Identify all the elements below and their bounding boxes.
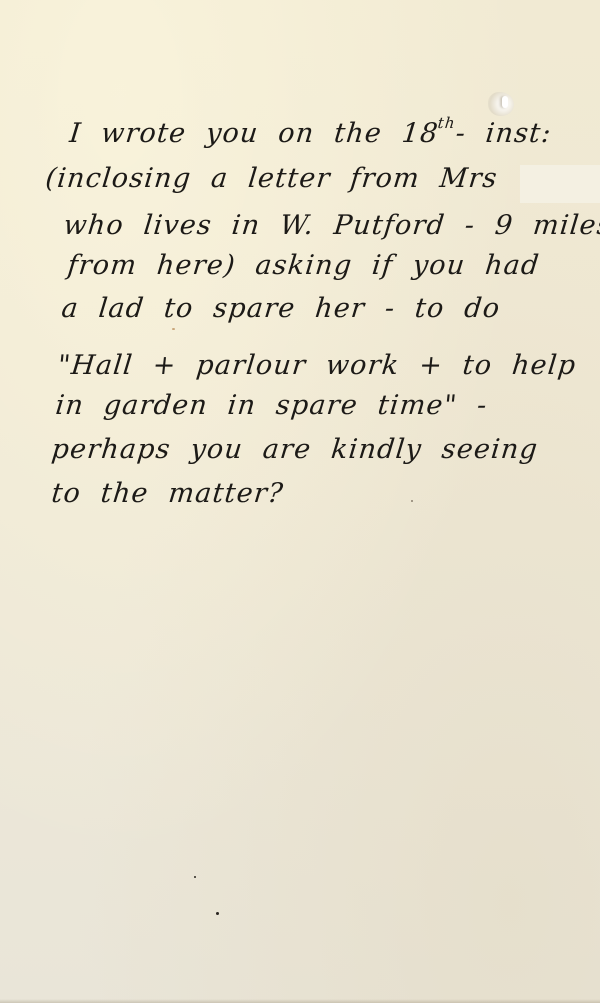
- letter-line-6: "Hall + parlour work + to help: [56, 350, 578, 381]
- line-9-text: to the matter?: [50, 478, 285, 509]
- redaction-patch: [520, 165, 600, 203]
- line-1-text-end: - inst:: [454, 118, 553, 149]
- paper-speck: [411, 500, 413, 502]
- paper-tear: [488, 92, 514, 116]
- letter-line-4: from here) asking if you had: [66, 250, 541, 281]
- letter-line-1: I wrote you on the 18th- inst:: [68, 118, 553, 149]
- letter-page: I wrote you on the 18th- inst: (inclosin…: [0, 0, 600, 1003]
- line-4-text: from here) asking if you had: [66, 250, 541, 281]
- paper-speck: [172, 328, 175, 330]
- line-1-text: I wrote you on the 18: [68, 118, 440, 149]
- date-superscript: th: [437, 114, 457, 132]
- line-6-text: "Hall + parlour work + to help: [56, 350, 578, 381]
- line-8-text: perhaps you are kindly seeing: [50, 434, 540, 465]
- letter-line-5: a lad to spare her - to do: [60, 293, 502, 324]
- ink-speck: [216, 912, 219, 915]
- letter-line-2: (inclosing a letter from Mrs W.: [44, 163, 553, 194]
- letter-line-8: perhaps you are kindly seeing: [50, 434, 540, 465]
- ink-speck: [194, 876, 196, 878]
- line-2-text: (inclosing a letter from Mrs W.: [44, 163, 553, 194]
- line-7-text: in garden in spare time" -: [54, 390, 489, 421]
- letter-line-3: who lives in W. Putford - 9 miles: [62, 210, 600, 241]
- line-5-text: a lad to spare her - to do: [60, 293, 502, 324]
- letter-line-7: in garden in spare time" -: [54, 390, 489, 421]
- letter-line-9: to the matter?: [50, 478, 285, 509]
- line-3-text: who lives in W. Putford - 9 miles: [62, 210, 600, 241]
